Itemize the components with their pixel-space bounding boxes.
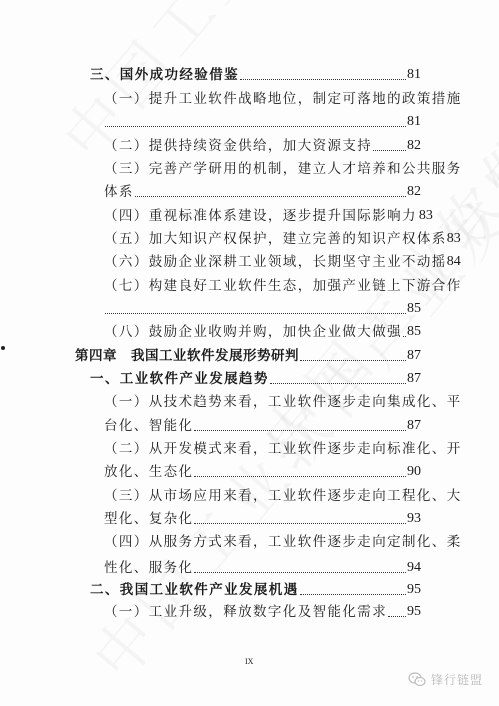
toc-label: 我国工业软件发展形势研判 [131,348,299,364]
toc-page-number: 82 [407,135,421,157]
dot-leader [194,508,406,530]
brand-name: 锋行链盟 [431,671,483,688]
toc-label: （六）鼓励企业深耕工业领域，长期坚守主业不动摇 [104,251,447,273]
toc-page-number: 82 [407,181,421,203]
toc-page-number: 94 [407,557,421,579]
toc-page-number: 83 [447,228,461,250]
dot-leader [194,557,406,579]
toc-page-number: 95 [407,601,421,623]
toc-section-row[interactable]: 三、国外成功经验借鉴 81 [90,64,421,86]
toc-page-number: 93 [407,508,421,530]
chapter-number: 第四章 [75,348,117,364]
toc-continuation-row[interactable]: 85 [104,298,421,320]
toc-page-number: 87 [407,368,421,390]
toc-label: 放化、生态化 [104,461,193,483]
toc-page-number: 90 [407,461,421,483]
toc-page-number: 83 [419,205,433,227]
dot-leader [373,135,406,157]
toc-page-number: 85 [407,321,421,343]
dot-leader [135,181,406,203]
toc-item-row[interactable]: （三）完善产学研用的机制，建立人才培养和公共服务 [104,158,421,180]
toc-label: （三）完善产学研用的机制，建立人才培养和公共服务 [104,158,462,180]
toc-label: 型化、复杂化 [104,508,193,530]
toc-label: 台化、智能化 [104,415,193,437]
toc-label: （七）构建良好工业软件生态，加强产业链上下游合作 [104,275,462,297]
toc-label: （一）提升工业软件战略地位，制定可落地的政策措施 [104,88,462,110]
toc-label: （八）鼓励企业收购并购，加快企业做大做强 [104,321,402,343]
toc-chapter-heading: 第四章我国工业软件发展形势研判 [75,345,299,367]
toc-section-row[interactable]: 二、我国工业软件产业发展机遇 95 [90,579,421,601]
dot-leader [270,368,406,390]
toc-item-row[interactable]: （二）提供持续资金供给，加大资源支持 82 [104,135,421,157]
toc-label: 体系 [104,181,134,203]
margin-dot [1,346,5,350]
toc-page-number: 81 [407,111,421,133]
toc-item-row[interactable]: （一）提升工业软件战略地位，制定可落地的政策措施 [104,88,421,110]
toc-label: （一）从技术趋势来看，工业软件逐步走向集成化、平 [104,391,462,413]
toc-label: （二）从开发模式来看，工业软件逐步走向标准化、开 [104,438,462,460]
toc-page-number: 85 [407,298,421,320]
brand-watermark: 锋行链盟 [408,671,483,688]
toc-page-number: 87 [407,415,421,437]
toc-label: （四）从服务方式来看，工业软件逐步走向定制化、柔 [104,531,462,553]
toc-label: （四）重视标准体系建设，逐步提升国际影响力 [104,205,417,227]
dot-leader [194,415,406,437]
document-page: 中国工业软件产业发展联盟 中国工业软件产业发展联盟 中国工业软件产业发展联盟 三… [0,0,499,706]
toc-item-row[interactable]: （四）重视标准体系建设，逐步提升国际影响力 83 [104,205,421,227]
toc-label: 三、国外成功经验借鉴 [90,64,239,86]
toc-label: （二）提供持续资金供给，加大资源支持 [104,135,372,157]
dot-leader [300,345,406,367]
toc-continuation-row[interactable]: 放化、生态化 90 [104,461,421,483]
toc-label: （三）从市场应用来看，工业软件逐步走向工程化、大 [104,485,462,507]
toc-item-row[interactable]: （六）鼓励企业深耕工业领域，长期坚守主业不动摇 84 [104,251,421,273]
page-number-footer: IX [245,657,253,666]
toc-chapter-row[interactable]: 第四章我国工业软件发展形势研判 87 [75,345,421,367]
toc-continuation-row[interactable]: 81 [104,111,421,133]
toc-item-row[interactable]: （一）从技术趋势来看，工业软件逐步走向集成化、平 [104,391,421,413]
toc-item-row[interactable]: （七）构建良好工业软件生态，加强产业链上下游合作 [104,275,421,297]
dot-leader [388,601,406,623]
toc-label: 二、我国工业软件产业发展机遇 [90,579,299,601]
toc-item-row[interactable]: （三）从市场应用来看，工业软件逐步走向工程化、大 [104,485,421,507]
toc-page-number: 87 [407,345,421,367]
dot-leader [403,321,406,343]
dot-leader [105,298,406,320]
toc-continuation-row[interactable]: 台化、智能化 87 [104,415,421,437]
toc-page-number: 95 [407,579,421,601]
toc-label: 一、工业软件产业发展趋势 [90,368,269,390]
dot-leader [240,64,406,86]
toc-label: 性化、服务化 [104,557,193,579]
toc-continuation-row[interactable]: 型化、复杂化 93 [104,508,421,530]
toc-item-row[interactable]: （四）从服务方式来看，工业软件逐步走向定制化、柔 [104,531,421,553]
toc-label: （五）加大知识产权保护，建立完善的知识产权体系 [104,228,447,250]
toc-section-row[interactable]: 一、工业软件产业发展趋势 87 [90,368,421,390]
toc-item-row[interactable]: （八）鼓励企业收购并购，加快企业做大做强 85 [104,321,421,343]
toc-continuation-row[interactable]: 体系 82 [104,181,421,203]
toc-item-row[interactable]: （二）从开发模式来看，工业软件逐步走向标准化、开 [104,438,421,460]
toc-label: （一）工业升级，释放数字化及智能化需求 [104,601,387,623]
toc-item-row[interactable]: （一）工业升级，释放数字化及智能化需求 95 [104,601,421,623]
toc-item-row[interactable]: （五）加大知识产权保护，建立完善的知识产权体系 83 [104,228,421,250]
wechat-icon [408,672,426,687]
dot-leader [300,579,406,601]
toc-page-number: 84 [447,251,461,273]
dot-leader [105,111,406,133]
toc-continuation-row[interactable]: 性化、服务化 94 [104,557,421,579]
toc-page-number: 81 [407,64,421,86]
dot-leader [194,461,406,483]
